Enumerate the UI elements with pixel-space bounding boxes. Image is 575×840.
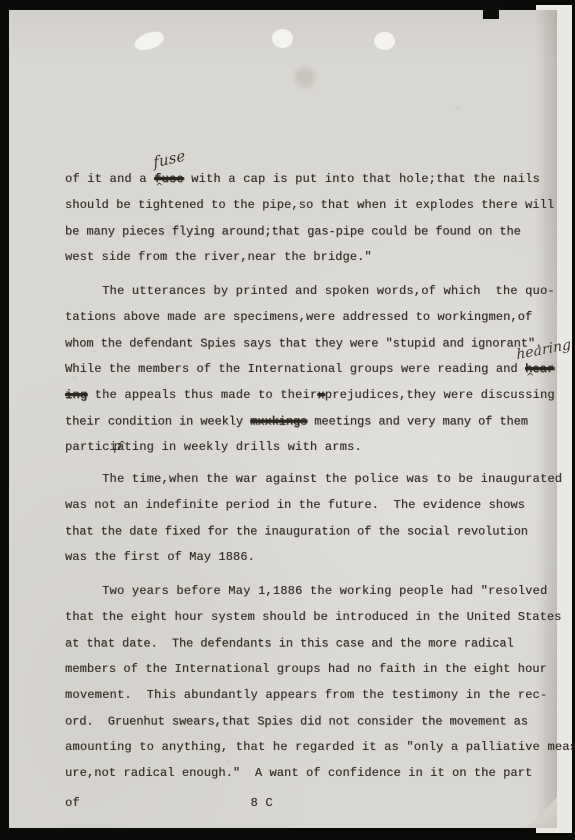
struck-word: ing (65, 388, 87, 402)
typed-line: The utterances by printed and spoken wor… (65, 278, 565, 304)
typed-line: west side from the river,near the bridge… (65, 244, 565, 270)
struck-word: mxxkings (250, 415, 307, 429)
typed-text: should be tightened to the pipe,so that … (65, 198, 554, 212)
typed-text: The utterances by printed and spoken wor… (65, 284, 555, 298)
typed-line: was not an indefinite period in the futu… (65, 492, 565, 518)
typed-text: While the members of the International g… (65, 362, 525, 376)
typed-text: meetings and very many of them (307, 415, 528, 429)
typed-text: that the date fixed for the inauguration… (65, 525, 528, 539)
typed-text: west side from the river,near the bridge… (65, 250, 372, 264)
typed-text: prejudices,they were discussing (325, 388, 555, 402)
typed-line: that the date fixed for the inauguration… (65, 519, 565, 545)
punch-hole-icon (374, 32, 395, 50)
typed-text: whom the defendant Spies says that they … (65, 337, 542, 351)
typed-line: amounting to anything, that he regarded … (65, 734, 565, 760)
typed-line: movement. This abundantly appears from t… (65, 682, 565, 708)
typed-line: at that date. The defendants in this cas… (65, 631, 565, 657)
typed-line: was the first of May 1886. (65, 544, 565, 570)
typed-line: ord. Gruenhut swears,that Spies did not … (65, 709, 565, 735)
typed-text: amounting to anything, that he regarded … (65, 740, 575, 754)
handwritten-correction: fuse (152, 142, 187, 175)
punch-hole-icon (132, 29, 165, 53)
punch-hole-icon (272, 29, 293, 48)
typed-line: that the eight hour system should be int… (65, 604, 565, 630)
typed-line: their condition in weekly mxxkings meeti… (65, 409, 565, 435)
struck-word: hearhearing^ (525, 356, 554, 382)
typed-text: ord. Gruenhut swears,that Spies did not … (65, 715, 528, 729)
typed-text: that the eight hour system should be int… (65, 610, 561, 624)
typed-text: The time,when the war against the police… (65, 472, 562, 486)
typed-text: ating in weekly drills with arms. (117, 440, 362, 454)
typed-text: their condition in weekly (65, 415, 250, 429)
typed-line: members of the International groups had … (65, 656, 565, 682)
typed-text: movement. This abundantly appears from t… (65, 688, 547, 702)
typed-text: was the first of May 1886. (65, 550, 255, 564)
typed-line: be many pieces flying around;that gas-pi… (65, 219, 565, 245)
typed-line: tations above made are specimens,were ad… (65, 304, 565, 330)
typed-line: whom the defendant Spies says that they … (65, 331, 565, 357)
typed-document: of it and a fusefuse^ with a cap is put … (65, 166, 565, 816)
typed-text: of it and a (65, 172, 154, 186)
typed-text: at that date. The defendants in this cas… (65, 637, 514, 651)
typed-line: Two years before May 1,1886 the working … (65, 578, 565, 604)
typed-line: ure,not radical enough." A want of confi… (65, 760, 565, 786)
typed-text: tations above made are specimens,were ad… (65, 310, 532, 324)
typed-text: with a cap is put into that hole;that th… (184, 172, 540, 186)
paragraph: Two years before May 1,1886 the working … (65, 578, 565, 786)
typed-text: be many pieces flying around;that gas-pi… (65, 225, 521, 239)
scan-artifact-mark (483, 6, 499, 19)
paper-page: of it and a fusefuse^ with a cap is put … (9, 10, 557, 828)
typed-line: While the members of the International g… (65, 356, 565, 382)
typed-text: members of the International groups had … (65, 662, 547, 676)
paragraph: of it and a fusefuse^ with a cap is put … (65, 166, 565, 270)
paragraph: of 8 C (65, 790, 565, 816)
typed-line: particip^ating in weekly drills with arm… (65, 434, 565, 460)
typed-text: ure,not radical enough." A want of confi… (65, 766, 532, 780)
typed-line: should be tightened to the pipe,so that … (65, 192, 565, 218)
typed-text: Two years before May 1,1886 the working … (65, 584, 547, 598)
struck-word: fusefuse^ (154, 166, 184, 192)
typed-line: of it and a fusefuse^ with a cap is put … (65, 166, 565, 192)
typed-text: of 8 C (65, 796, 273, 810)
typed-line: ing the appeals thus made to theirxpreju… (65, 382, 565, 408)
typed-text: partici (65, 440, 117, 454)
typed-text: was not an indefinite period in the futu… (65, 498, 525, 512)
typed-line: of 8 C (65, 790, 565, 816)
paragraph: The time,when the war against the police… (65, 466, 565, 570)
paragraph: The utterances by printed and spoken wor… (65, 278, 565, 460)
typed-line: The time,when the war against the police… (65, 466, 565, 492)
photostat-scan: { "document": { "paragraphs": [ { "lines… (0, 0, 575, 840)
typed-text: the appeals thus made to their (87, 388, 317, 402)
struck-word: x (317, 388, 324, 402)
